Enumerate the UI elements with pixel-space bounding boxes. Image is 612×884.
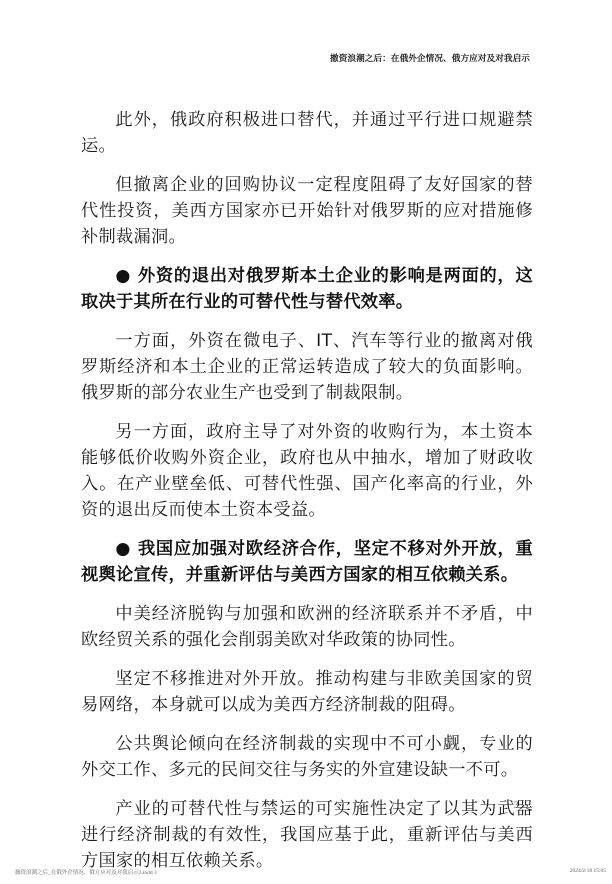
- bullet-heading-foreign-exit-impact: ● 外资的退出对俄罗斯本土企业的影响是两面的，这取决于其所在行业的可替代性与替代…: [81, 263, 533, 315]
- paragraph-buyback-agreements: 但撤离企业的回购协议一定程度阻碍了友好国家的替代性投资，美西方国家亦已开始针对俄…: [81, 172, 533, 250]
- paragraph-government-acquisition: 另一方面，政府主导了对外资的收购行为，本土资本能够低价收购外资企业，政府也从中抽…: [81, 419, 533, 523]
- paragraph-public-opinion: 公共舆论倾向在经济制裁的实现中不可小觑，专业的外交工作、多元的民间交往与务实的外…: [81, 731, 533, 783]
- bullet-heading-china-recommendations: ● 我国应加强对欧经济合作，坚定不移对外开放，重视舆论宣传，并重新评估与美西方国…: [81, 536, 533, 588]
- page-number: 3: [514, 800, 519, 810]
- body-text: 此外，俄政府积极进口替代，并通过平行进口规避禁运。 但撤离企业的回购协议一定程度…: [81, 107, 533, 884]
- paragraph-china-eu-relations: 中美经济脱钩与加强和欧洲的经济联系并不矛盾，中欧经贸关系的强化会削弱美欧对华政策…: [81, 601, 533, 653]
- print-slug-date: 2024/2/18 15:05: [570, 868, 606, 874]
- paragraph-interdependence: 产业的可替代性与禁运的可实施性决定了以其为武器进行经济制裁的有效性，我国应基于此…: [81, 796, 533, 874]
- paragraph-import-substitution: 此外，俄政府积极进口替代，并通过平行进口规避禁运。: [81, 107, 533, 159]
- paragraph-opening-up: 坚定不移推进对外开放。推动构建与非欧美国家的贸易网络，本身就可以成为美西方经济制…: [81, 666, 533, 718]
- running-header-title: 撤资浪潮之后：在俄外企情况、俄方应对及对我启示: [330, 52, 530, 64]
- print-slug-filename: 撤资浪潮之后_在俄外企情况、俄方应对及对我启示2.indd 3: [15, 868, 157, 876]
- paragraph-negative-impact: 一方面，外资在微电子、IT、汽车等行业的撤离对俄罗斯经济和本土企业的正常运转造成…: [81, 328, 533, 406]
